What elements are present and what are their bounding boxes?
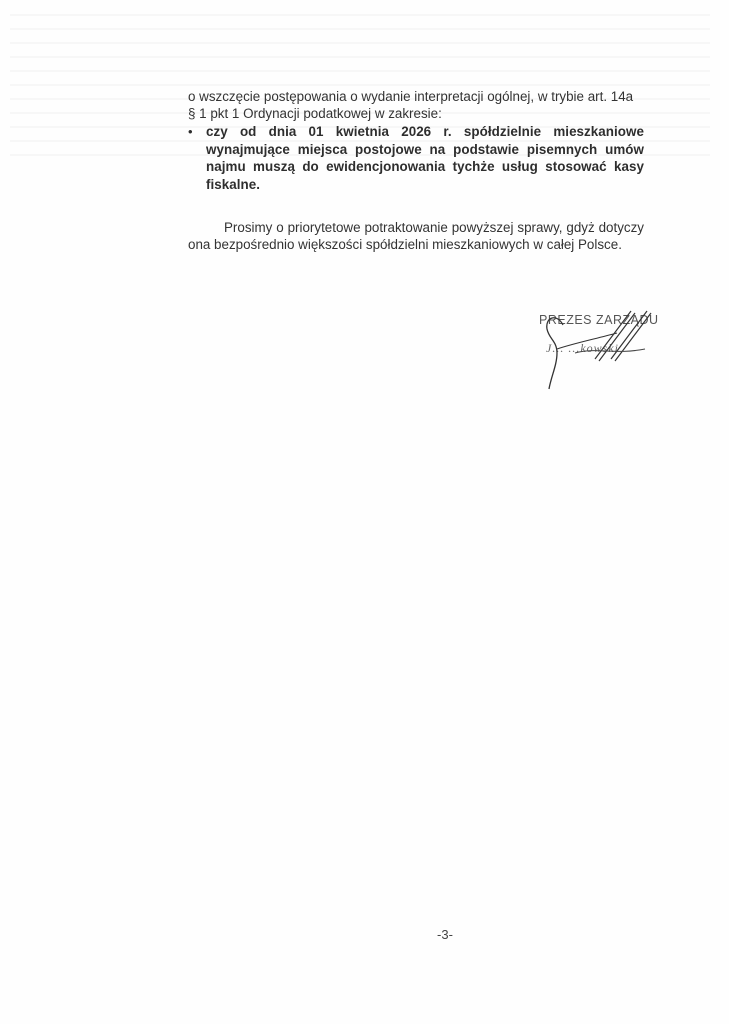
request-paragraph: Prosimy o priorytetowe potraktowanie pow… xyxy=(188,219,644,254)
question-item: • czy od dnia 01 kwietnia 2026 r. spółdz… xyxy=(188,123,644,193)
question-text: czy od dnia 01 kwietnia 2026 r. spółdzie… xyxy=(206,124,644,192)
bullet-icon: • xyxy=(188,123,193,141)
document-page: o wszczęcie postępowania o wydanie inter… xyxy=(0,0,729,1024)
question-list: • czy od dnia 01 kwietnia 2026 r. spółdz… xyxy=(188,123,644,193)
signature-icon xyxy=(535,303,665,395)
intro-paragraph: o wszczęcie postępowania o wydanie inter… xyxy=(188,88,644,123)
page-number: -3- xyxy=(0,927,729,942)
